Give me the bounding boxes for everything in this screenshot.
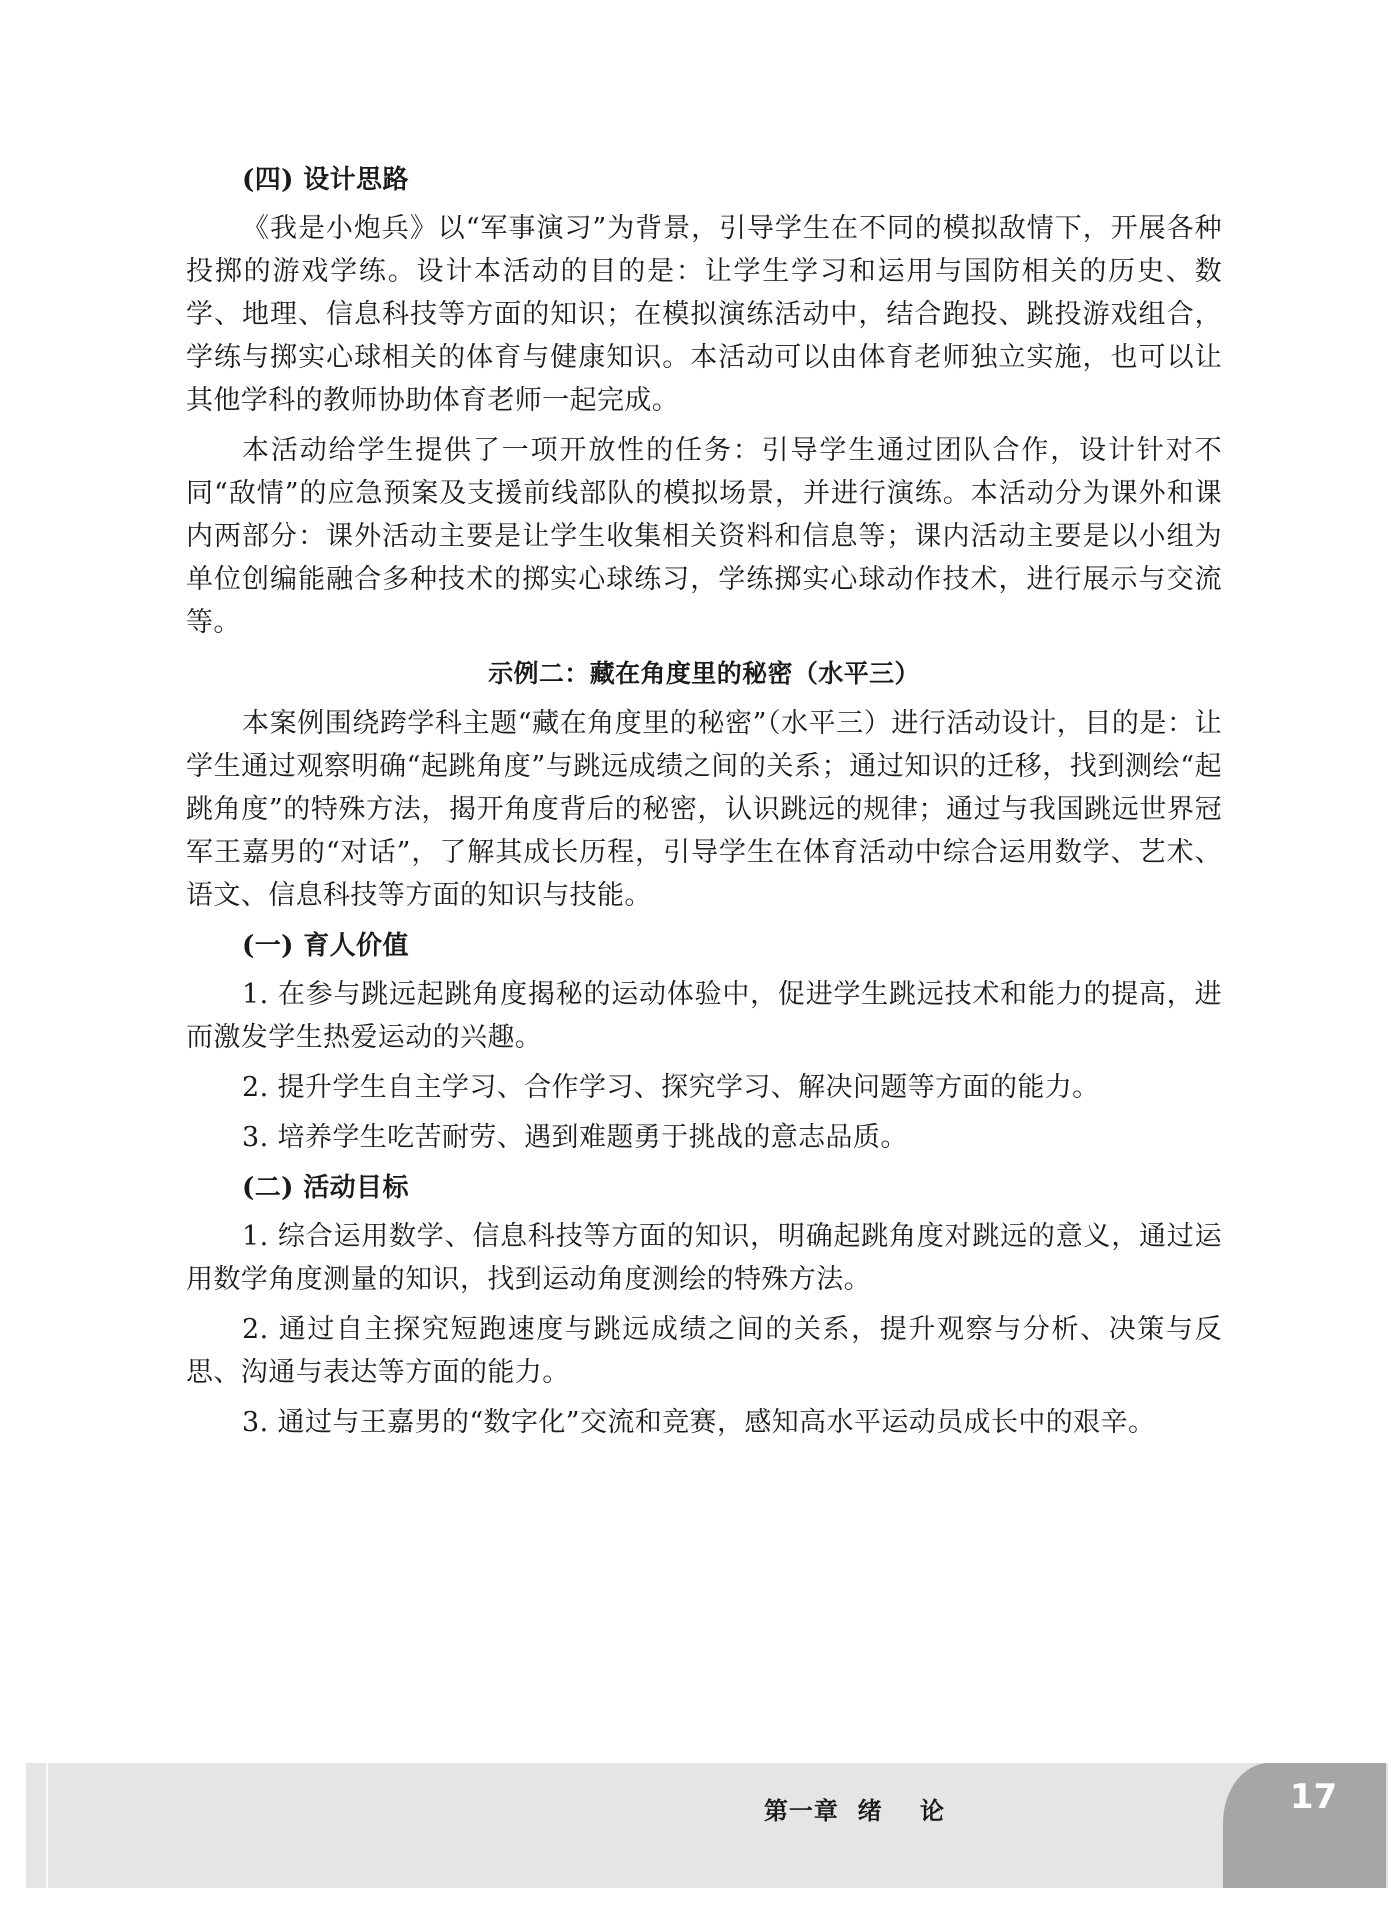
example-title: 示例二：藏在角度里的秘密（水平三） bbox=[186, 651, 1222, 697]
page-number: 17 bbox=[1223, 1777, 1386, 1817]
chapter-label: 第一章 绪 论 bbox=[764, 1791, 945, 1826]
list-item: 2. 提升学生自主学习、合作学习、探究学习、解决问题等方面的能力。 bbox=[186, 1066, 1222, 1109]
list-item: 3. 培养学生吃苦耐劳、遇到难题勇于挑战的意志品质。 bbox=[186, 1116, 1222, 1159]
page-footer: 第一章 绪 论 bbox=[26, 1763, 1388, 1888]
paragraph: 本活动给学生提供了一项开放性的任务：引导学生通过团队合作，设计针对不同“敌情”的… bbox=[186, 429, 1222, 644]
footer-divider bbox=[46, 1763, 48, 1888]
list-item: 1. 综合运用数学、信息科技等方面的知识，明确起跳角度对跳远的意义，通过运用数学… bbox=[186, 1215, 1222, 1301]
list-item: 2. 通过自主探究短跑速度与跳远成绩之间的关系，提升观察与分析、决策与反思、沟通… bbox=[186, 1308, 1222, 1394]
list-item: 1. 在参与跳远起跳角度揭秘的运动体验中，促进学生跳远技术和能力的提高，进而激发… bbox=[186, 973, 1222, 1059]
section-heading-activity-goals: (二) 活动目标 bbox=[186, 1166, 1222, 1210]
list-item: 3. 通过与王嘉男的“数字化”交流和竞赛，感知高水平运动员成长中的艰辛。 bbox=[186, 1401, 1222, 1444]
page-number-tab: 17 bbox=[1223, 1763, 1386, 1888]
paragraph: 《我是小炮兵》以“军事演习”为背景，引导学生在不同的模拟敌情下，开展各种投掷的游… bbox=[186, 207, 1222, 422]
paragraph-intro: 本案例围绕跨学科主题“藏在角度里的秘密”（水平三）进行活动设计，目的是：让学生通… bbox=[186, 702, 1222, 917]
section-heading-education-value: (一) 育人价值 bbox=[186, 924, 1222, 968]
section-heading-design-idea: (四) 设计思路 bbox=[186, 158, 1222, 202]
page-body: (四) 设计思路 《我是小炮兵》以“军事演习”为背景，引导学生在不同的模拟敌情下… bbox=[186, 158, 1222, 1451]
